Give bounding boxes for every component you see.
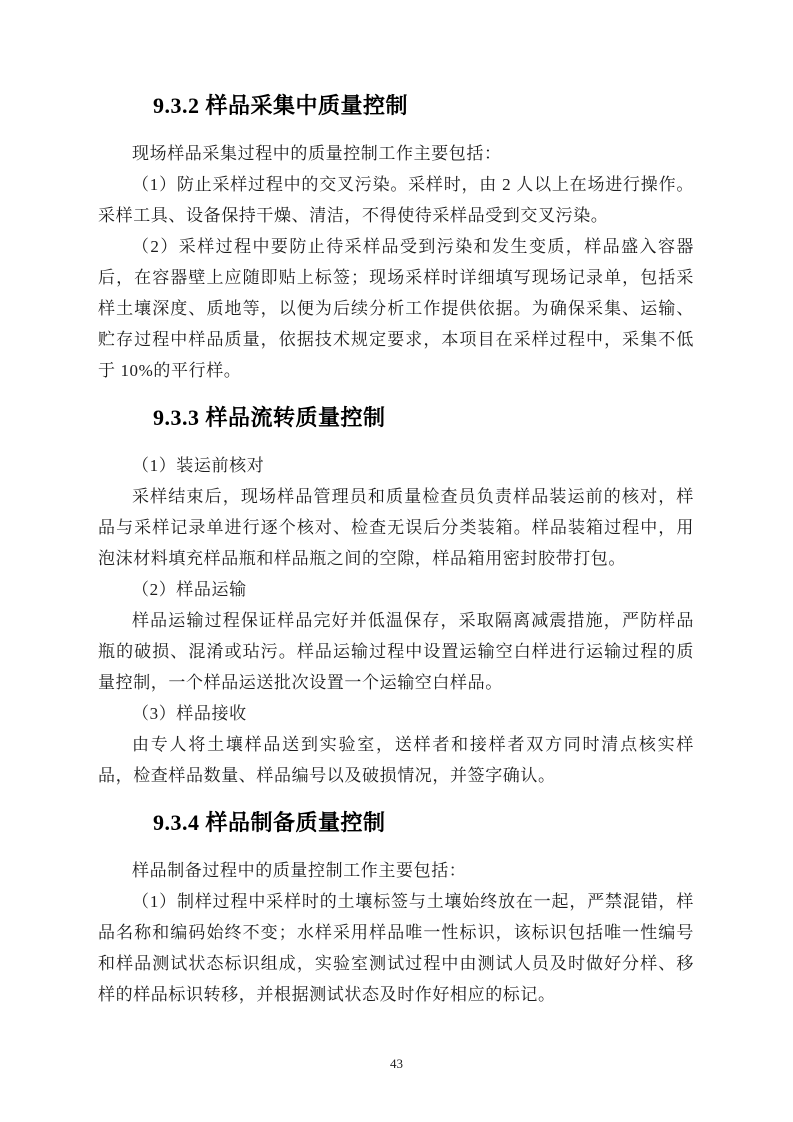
paragraph: （2）样品运输 [98, 574, 694, 605]
section-heading: 9.3.3 样品流转质量控制 [153, 401, 694, 435]
section-heading: 9.3.2 样品采集中质量控制 [153, 89, 694, 123]
paragraph: 采样结束后，现场样品管理员和质量检查员负责样品装运前的核对，样品与采样记录单进行… [98, 481, 694, 574]
paragraph: 样品运输过程保证样品完好并低温保存，采取隔离减震措施，严防样品瓶的破损、混淆或玷… [98, 605, 694, 698]
document-content: 9.3.2 样品采集中质量控制 现场样品采集过程中的质量控制工作主要包括： （1… [98, 89, 694, 1010]
document-page: 9.3.2 样品采集中质量控制 现场样品采集过程中的质量控制工作主要包括： （1… [0, 0, 793, 1122]
page-number: 43 [0, 1056, 793, 1072]
paragraph: （2）采样过程中要防止待采样品受到污染和发生变质，样品盛入容器后，在容器壁上应随… [98, 231, 694, 386]
section-9-3-3: 9.3.3 样品流转质量控制 （1）装运前核对 采样结束后，现场样品管理员和质量… [98, 401, 694, 791]
paragraph: （3）样品接收 [98, 698, 694, 729]
paragraph: （1）制样过程中采样时的土壤标签与土壤始终放在一起，严禁混错，样品名称和编码始终… [98, 886, 694, 1010]
paragraph: 由专人将土壤样品送到实验室，送样者和接样者双方同时清点核实样品，检查样品数量、样… [98, 729, 694, 791]
paragraph: 样品制备过程中的质量控制工作主要包括： [98, 855, 694, 886]
paragraph: （1）防止采样过程中的交叉污染。采样时，由 2 人以上在场进行操作。采样工具、设… [98, 169, 694, 231]
section-9-3-4: 9.3.4 样品制备质量控制 样品制备过程中的质量控制工作主要包括： （1）制样… [98, 806, 694, 1010]
section-heading: 9.3.4 样品制备质量控制 [153, 806, 694, 840]
paragraph: （1）装运前核对 [98, 450, 694, 481]
section-9-3-2: 9.3.2 样品采集中质量控制 现场样品采集过程中的质量控制工作主要包括： （1… [98, 89, 694, 386]
paragraph: 现场样品采集过程中的质量控制工作主要包括： [98, 138, 694, 169]
